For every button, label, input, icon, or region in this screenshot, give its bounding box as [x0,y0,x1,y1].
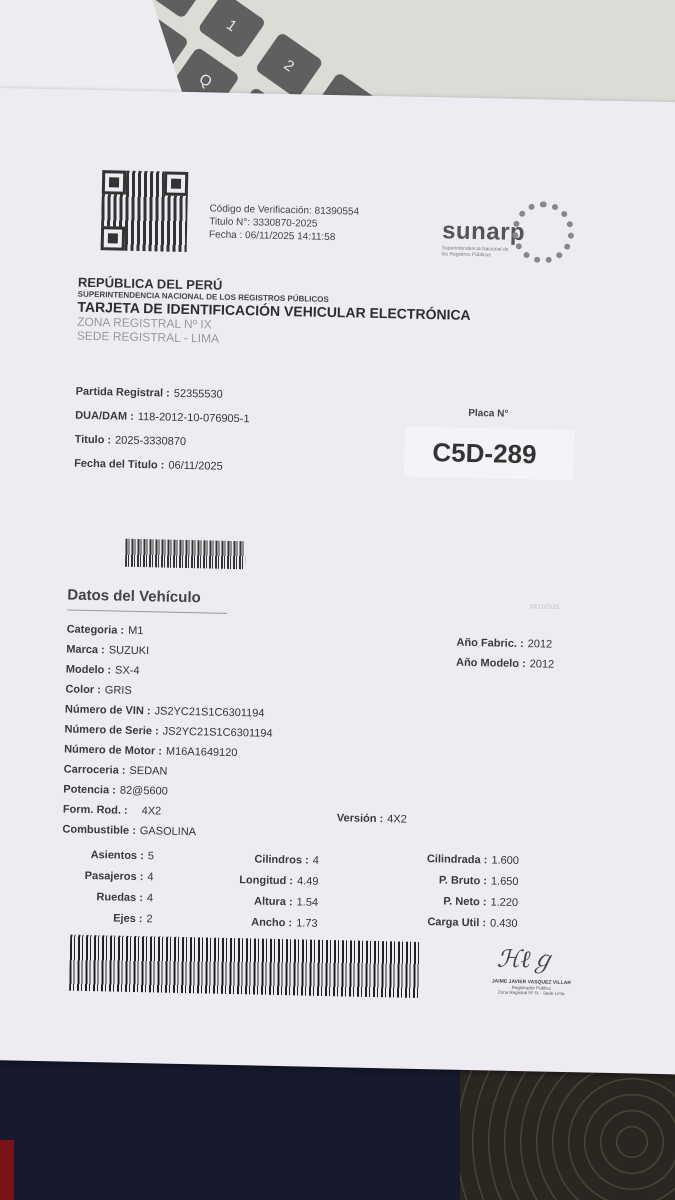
registry-field: DUA/DAM :118-2012-10-076905-1 [75,406,250,428]
vehicle-field: Número de Motor :M16A1649120 [64,739,238,761]
qr-code [101,170,189,252]
plate-number: C5D-289 [432,437,537,470]
handwritten-signature: ℋℓℊ [497,939,555,975]
spec-field: Longitud :4.49 [198,869,318,893]
title-number-label: Titulo N°: [209,216,250,228]
year-field: Año Fabric. :2012 [456,633,552,653]
year-field: Año Modelo :2012 [456,653,554,673]
vehicle-field: Modelo :SX-4 [66,660,140,680]
spec-field: Carga Util :0.430 [382,911,517,935]
specs-column-2: Cilindros :4 Longitud :4.49 Altura :1.54… [197,848,319,934]
plate-box: C5D-289 [404,427,575,481]
section-divider [67,610,227,614]
spec-field: Pasajeros :4 [43,865,153,888]
signature-block: ℋℓℊ JAIME JAVIER VASQUEZ VILLAR Registra… [467,938,597,941]
plate-label: Placa N° [468,408,508,420]
verification-code-value: 81390554 [314,206,359,218]
registry-field: Partida Registral :52355530 [75,382,222,403]
vehicle-field: Potencia :82@5600 [63,779,168,799]
red-object-edge [0,1140,14,1200]
vehicle-field: Combustible :GASOLINA [62,819,196,840]
spec-field: Ejes :2 [42,907,152,930]
version-field: Versión :4X2 [337,808,407,827]
spec-field: Cilindros :4 [199,848,319,872]
sunarp-logo: sunarp Superintendencia Nacional de los … [442,217,526,259]
pdf417-barcode [69,935,420,998]
vehicle-field: Número de Serie :JS2YC21S1C6301194 [64,719,272,741]
vehicle-id-card-document: Código de Verificación: 81390554 Titulo … [0,88,675,1075]
vehicle-field: Color :GRIS [65,680,132,699]
sun-rays-icon [511,201,574,264]
vehicle-field: Categoria :M1 [67,620,144,640]
spec-field: P. Bruto :1.650 [383,869,518,893]
vehicle-field: Número de VIN :JS2YC21S1C6301194 [65,699,265,721]
issue-date-label: Fecha : [209,229,243,241]
specs-column-3: Cilindrada :1.600 P. Bruto :1.650 P. Net… [382,848,519,935]
faint-stamp: 10/11/2025 [529,604,559,611]
logo-subtitle: Superintendencia Nacional de los Registr… [442,245,512,258]
spec-field: Cilindrada :1.600 [384,848,519,872]
spec-field: Ancho :1.73 [197,911,317,935]
issue-date-value: 06/11/2025 14:11:58 [245,230,335,243]
registry-field: Titulo :2025-3330870 [74,430,186,450]
spec-field: Asientos :5 [44,844,154,867]
verification-block: Código de Verificación: 81390554 Titulo … [209,202,359,244]
spec-field: Ruedas :4 [43,886,153,909]
title-number-value: 3330870-2025 [253,217,318,229]
spec-field: Altura :1.54 [198,890,318,914]
specs-column-1: Asientos :5 Pasajeros :4 Ruedas :4 Ejes … [42,844,154,930]
section-title-vehicle-data: Datos del Vehículo [67,587,201,607]
spec-field: P. Neto :1.220 [383,890,518,914]
vehicle-field: Form. Rod. :4X2 [63,799,162,819]
vehicle-field: Carroceria :SEDAN [64,759,168,779]
patterned-surface [460,1055,675,1200]
verification-code-label: Código de Verificación: [209,203,312,216]
registry-field: Fecha del Titulo :06/11/2025 [74,454,223,475]
vehicle-field: Marca :SUZUKI [66,640,149,660]
barcode [125,539,246,570]
document-header: REPÚBLICA DEL PERÚ SUPERINTENDENCIA NACI… [77,275,472,351]
